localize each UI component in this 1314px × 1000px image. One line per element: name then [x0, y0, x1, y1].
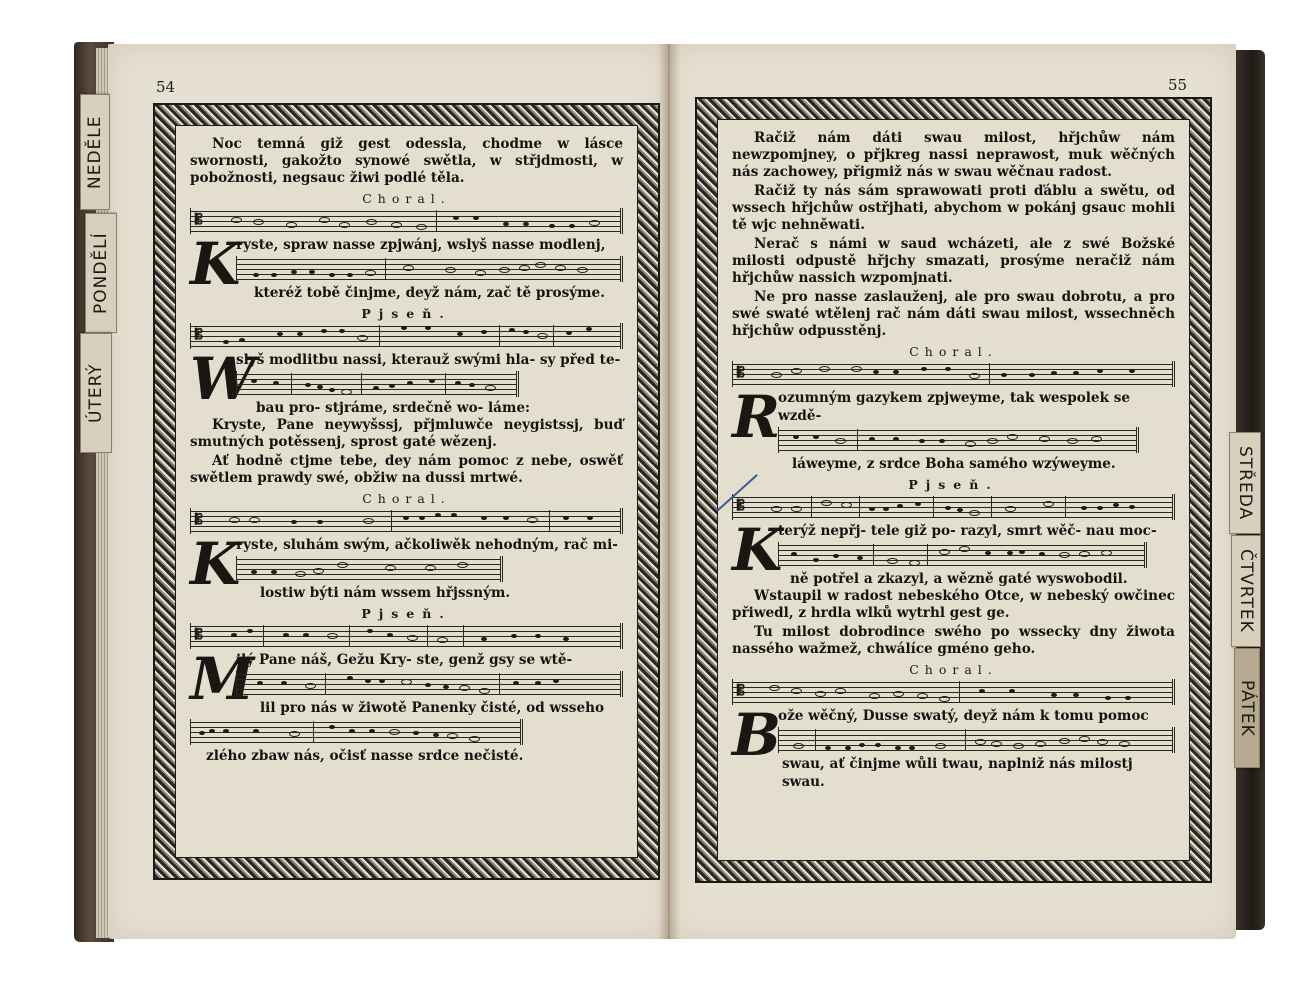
note-icon	[1043, 501, 1054, 507]
note-icon	[957, 508, 963, 512]
music-staff	[778, 542, 1147, 568]
song-verse: K terýž nepřj- tele giž po- razyl, smrt …	[732, 522, 1175, 588]
lyric-line: kteréž tobě činjme, deyž nám, zač tě pro…	[236, 284, 623, 302]
note-icon	[277, 332, 283, 336]
open-book: 54 55 Noc temná giž gest odessla, chodme…	[0, 0, 1314, 1000]
note-icon	[975, 739, 986, 745]
note-icon	[347, 676, 353, 680]
bar-line	[436, 210, 437, 232]
note-icon	[1125, 696, 1131, 700]
note-icon	[367, 629, 373, 633]
note-icon	[857, 556, 863, 560]
note-icon	[1129, 505, 1135, 509]
note-icon	[329, 388, 335, 392]
bar-line	[959, 681, 960, 703]
music-staff: 𝄡	[190, 323, 623, 349]
music-staff	[190, 719, 523, 745]
bar-line	[391, 510, 392, 532]
note-icon	[479, 688, 490, 694]
note-icon	[895, 746, 901, 750]
page-number-right: 55	[1168, 76, 1187, 94]
bar-line	[965, 729, 966, 751]
c-clef-icon: 𝄡	[195, 627, 203, 643]
note-icon	[919, 439, 925, 443]
note-icon	[813, 435, 819, 439]
index-tab-pondeli[interactable]: PONDĚLÍ	[85, 213, 117, 333]
bar-line	[927, 544, 928, 566]
note-icon	[1097, 369, 1103, 373]
note-icon	[587, 516, 593, 520]
note-icon	[305, 383, 311, 387]
bar-line	[349, 625, 350, 647]
note-icon	[451, 513, 457, 517]
note-icon	[1009, 689, 1015, 693]
note-icon	[535, 634, 541, 638]
note-icon	[253, 219, 264, 225]
lyric-line: zlého zbaw nás, očisť nasse srdce nečist…	[190, 747, 623, 765]
note-icon	[363, 518, 374, 524]
music-staff: 𝄡	[732, 361, 1175, 387]
note-icon	[523, 330, 529, 334]
note-icon	[869, 693, 880, 699]
left-page-content: Noc temná giž gest odessla, chodme w lás…	[175, 125, 638, 858]
lyric-line: ně potřel a zkazyl, a wězně gaté wyswobo…	[778, 570, 1175, 588]
note-icon	[1051, 371, 1057, 375]
note-icon	[1005, 506, 1016, 512]
note-icon	[283, 633, 289, 637]
note-icon	[475, 270, 486, 276]
note-icon	[1019, 550, 1025, 554]
bar-line	[291, 373, 292, 395]
note-icon	[566, 331, 572, 335]
note-icon	[969, 373, 980, 379]
note-icon	[511, 634, 517, 638]
lyric-line: ryste, sluhám swým, ačkoliwěk nehodným, …	[236, 536, 623, 554]
note-icon	[917, 693, 928, 699]
note-icon	[341, 389, 352, 395]
note-icon	[281, 681, 287, 685]
lyric-line: ilý Pane náš, Gežu Kry- ste, genž gsy se…	[236, 651, 623, 669]
music-staff	[236, 671, 623, 697]
note-icon	[1039, 436, 1050, 442]
note-icon	[403, 265, 414, 271]
music-staff: 𝄡	[190, 508, 623, 534]
note-icon	[793, 743, 804, 749]
note-icon	[473, 216, 479, 220]
music-staff: 𝄡	[732, 679, 1175, 705]
note-icon	[851, 366, 862, 372]
note-icon	[273, 381, 279, 385]
note-icon	[433, 733, 439, 737]
note-icon	[1129, 369, 1135, 373]
note-icon	[457, 332, 463, 336]
note-icon	[469, 383, 475, 387]
note-icon	[403, 516, 409, 520]
note-icon	[1079, 736, 1090, 742]
note-icon	[407, 635, 418, 641]
lyric-line: bau pro- stjráme, srdečně wo- láme:	[236, 399, 623, 417]
note-icon	[813, 558, 819, 562]
lyric-line: lil pro nás w žiwotě Panenky čisté, od w…	[236, 699, 623, 717]
note-icon	[791, 506, 802, 512]
music-staff: 𝄡	[190, 208, 623, 234]
note-icon	[349, 729, 355, 733]
note-icon	[321, 329, 327, 333]
index-tab-utery[interactable]: ÚTERÝ	[80, 333, 112, 453]
c-clef-icon: 𝄡	[737, 365, 745, 381]
note-icon	[329, 273, 335, 277]
section-heading-choral: Choral.	[190, 191, 623, 206]
note-icon	[401, 326, 407, 330]
note-icon	[1113, 503, 1119, 507]
note-icon	[1073, 693, 1079, 697]
note-icon	[389, 729, 400, 735]
note-icon	[945, 367, 951, 371]
note-icon	[509, 328, 515, 332]
note-icon	[231, 633, 237, 637]
note-icon	[425, 565, 436, 571]
note-icon	[535, 681, 541, 685]
note-icon	[223, 340, 229, 344]
bar-line	[427, 625, 428, 647]
lyric-line: ryste, spraw nasse zpjwánj, wslyš nasse …	[236, 236, 623, 254]
note-icon	[825, 746, 831, 750]
note-icon	[317, 520, 323, 524]
note-icon	[1059, 738, 1070, 744]
note-icon	[199, 731, 205, 735]
lyric-line: ozumným gazykem zpjweyme, tak wespolek s…	[778, 389, 1175, 425]
note-icon	[519, 265, 530, 271]
note-icon	[209, 729, 215, 733]
note-icon	[1105, 696, 1111, 700]
bar-line	[857, 429, 858, 451]
note-icon	[835, 438, 846, 444]
note-icon	[793, 435, 799, 439]
verse-paragraph: Tu milost dobrodince swého po wssecky dn…	[732, 624, 1175, 658]
verse-paragraph: Ne pro nasse zaslauženj, ale pro swau do…	[732, 289, 1175, 340]
note-icon	[921, 367, 927, 371]
note-icon	[291, 520, 297, 524]
note-icon	[1007, 434, 1018, 440]
note-icon	[523, 222, 529, 226]
song-verse: B ože wěčný, Dusse swatý, deyž nám k tom…	[732, 707, 1175, 791]
note-icon	[939, 696, 950, 702]
note-icon	[909, 560, 920, 566]
note-icon	[1035, 741, 1046, 747]
note-icon	[991, 741, 1002, 747]
note-icon	[295, 571, 306, 577]
drop-cap: B	[732, 707, 774, 763]
note-icon	[347, 273, 353, 277]
section-heading-choral: Choral.	[190, 491, 623, 506]
c-clef-icon: 𝄡	[195, 512, 203, 528]
section-heading-pisen: Pjseň.	[190, 306, 623, 321]
note-icon	[437, 637, 448, 643]
note-icon	[481, 330, 487, 334]
note-icon	[387, 633, 393, 637]
c-clef-icon: 𝄡	[195, 212, 203, 228]
drop-cap: W	[190, 351, 232, 407]
note-icon	[535, 262, 546, 268]
bar-line	[325, 673, 326, 695]
song-verse: M ilý Pane náš, Gežu Kry- ste, genž gsy …	[190, 651, 623, 717]
bar-line	[263, 625, 264, 647]
note-icon	[769, 685, 780, 691]
bar-line	[379, 325, 380, 347]
drop-cap: M	[190, 651, 232, 707]
note-icon	[513, 681, 519, 685]
note-icon	[413, 731, 419, 735]
lyric-line: ože wěčný, Dusse swatý, deyž nám k tomu …	[778, 707, 1175, 725]
note-icon	[771, 506, 782, 512]
note-icon	[303, 633, 309, 637]
music-staff	[236, 371, 519, 397]
note-icon	[253, 729, 259, 733]
note-icon	[305, 683, 316, 689]
note-icon	[945, 506, 951, 510]
c-clef-icon: 𝄡	[195, 327, 203, 343]
note-icon	[791, 368, 802, 374]
note-icon	[339, 329, 345, 333]
note-icon	[239, 338, 245, 342]
note-icon	[893, 691, 904, 697]
bar-line	[859, 496, 860, 518]
note-icon	[841, 502, 852, 508]
section-heading-pisen: Pjseň.	[732, 477, 1175, 492]
note-icon	[563, 637, 569, 641]
note-icon	[833, 554, 839, 558]
note-icon	[251, 570, 257, 574]
note-icon	[821, 500, 832, 506]
note-icon	[447, 733, 458, 739]
music-staff	[778, 727, 1175, 753]
verse-paragraph: Kryste, Pane neywyšssj, přjmluwče neygis…	[190, 417, 623, 451]
note-icon	[337, 562, 348, 568]
note-icon	[845, 746, 851, 750]
note-icon	[425, 683, 431, 687]
note-icon	[527, 517, 538, 523]
note-icon	[959, 546, 970, 552]
note-icon	[1059, 552, 1070, 558]
note-icon	[549, 224, 555, 228]
note-icon	[1081, 506, 1087, 510]
note-icon	[319, 217, 330, 223]
note-icon	[366, 219, 377, 225]
note-icon	[915, 502, 921, 506]
song-verse: W slyš modlitbu nassi, kterauž swými hla…	[190, 351, 623, 417]
note-icon	[481, 637, 487, 641]
lyric-line: swau, ať činjme wůli twau, naplniž nás m…	[778, 755, 1175, 791]
song-verse: K ryste, sluhám swým, ačkoliwěk nehodným…	[190, 536, 623, 602]
note-icon	[869, 437, 875, 441]
music-staff	[236, 556, 503, 582]
note-icon	[435, 513, 441, 517]
note-icon	[1029, 373, 1035, 377]
lyric-line: láweyme, z srdce Boha samého wzýweyme.	[778, 455, 1175, 473]
verse-paragraph: Noc temná giž gest odessla, chodme w lás…	[190, 136, 623, 187]
note-icon	[457, 562, 468, 568]
bar-line	[991, 496, 992, 518]
drop-cap: K	[732, 522, 774, 578]
note-icon	[481, 516, 487, 520]
note-icon	[271, 273, 277, 277]
index-tab-streda[interactable]: STŘEDA	[1229, 432, 1261, 534]
note-icon	[589, 220, 600, 226]
note-icon	[369, 729, 375, 733]
section-heading-choral: Choral.	[732, 344, 1175, 359]
note-icon	[379, 679, 385, 683]
note-icon	[357, 335, 368, 341]
book-gutter	[658, 44, 680, 939]
note-icon	[1097, 506, 1103, 510]
note-icon	[425, 326, 431, 330]
note-icon	[391, 222, 402, 228]
bar-line	[989, 363, 990, 385]
note-icon	[419, 516, 425, 520]
note-icon	[537, 333, 548, 339]
note-icon	[503, 222, 509, 226]
note-icon	[875, 743, 881, 747]
note-icon	[223, 729, 229, 733]
note-icon	[485, 385, 496, 391]
note-icon	[1067, 438, 1078, 444]
note-icon	[835, 688, 846, 694]
note-icon	[365, 679, 371, 683]
note-icon	[445, 267, 456, 273]
note-icon	[429, 379, 435, 383]
verse-paragraph: Ať hodně ctjme tebe, dey nám pomoc z neb…	[190, 453, 623, 487]
note-icon	[939, 439, 945, 443]
note-icon	[553, 679, 559, 683]
bar-line	[445, 373, 446, 395]
index-tab-patek[interactable]: PÁTEK	[1234, 648, 1260, 768]
note-icon	[965, 441, 976, 447]
music-staff: 𝄡	[190, 623, 623, 649]
note-icon	[499, 267, 510, 273]
note-icon	[791, 688, 802, 694]
ornamental-border-left: Noc temná giž gest odessla, chodme w lás…	[153, 103, 660, 880]
note-icon	[339, 222, 350, 228]
note-icon	[503, 516, 509, 520]
song-verse: R ozumným gazykem zpjweyme, tak wespolek…	[732, 389, 1175, 473]
note-icon	[909, 746, 915, 750]
drop-cap: K	[190, 236, 232, 292]
note-icon	[317, 385, 323, 389]
bar-line	[811, 496, 812, 518]
note-icon	[987, 438, 998, 444]
note-icon	[365, 270, 376, 276]
lyric-line: terýž nepřj- tele giž po- razyl, smrt wě…	[778, 522, 1175, 540]
note-icon	[985, 551, 991, 555]
note-icon	[1051, 693, 1057, 697]
note-icon	[385, 565, 396, 571]
note-icon	[253, 273, 259, 277]
bar-line	[499, 673, 500, 695]
note-icon	[939, 549, 950, 555]
note-icon	[247, 629, 253, 633]
note-icon	[1007, 551, 1013, 555]
song-verse: K ryste, spraw nasse zpjwánj, wslyš nass…	[190, 236, 623, 302]
bar-line	[933, 496, 934, 518]
note-icon	[883, 507, 889, 511]
note-icon	[771, 372, 782, 378]
note-icon	[297, 332, 303, 336]
verse-paragraph: Nerač s námi w saud wcházeti, ale z swé …	[732, 236, 1175, 287]
note-icon	[1079, 551, 1090, 557]
bar-line	[1065, 496, 1066, 518]
index-tab-ctvrtek[interactable]: ČTVRTEK	[1231, 535, 1261, 647]
bar-line	[549, 510, 550, 532]
ornamental-border-right: Račiž nám dáti swau milost, hřjchůw nám …	[695, 97, 1212, 883]
note-icon	[869, 507, 875, 511]
note-icon	[309, 270, 315, 274]
section-heading-pisen: Pjseň.	[190, 606, 623, 621]
drop-cap: R	[732, 389, 774, 445]
bar-line	[463, 625, 464, 647]
note-icon	[271, 570, 277, 574]
bar-line	[499, 325, 500, 347]
note-icon	[231, 217, 242, 223]
note-icon	[286, 222, 297, 228]
note-icon	[563, 516, 569, 520]
note-icon	[555, 265, 566, 271]
note-icon	[979, 689, 985, 693]
note-icon	[815, 691, 826, 697]
note-icon	[249, 517, 260, 523]
note-icon	[251, 379, 257, 383]
bar-line	[313, 721, 314, 743]
note-icon	[1101, 550, 1112, 556]
note-icon	[469, 736, 480, 742]
note-icon	[969, 510, 980, 516]
note-icon	[401, 679, 412, 685]
c-clef-icon: 𝄡	[737, 498, 745, 514]
index-tab-nedele[interactable]: NEDĚLE	[80, 94, 110, 210]
note-icon	[289, 731, 300, 737]
bar-line	[873, 544, 874, 566]
note-icon	[1039, 552, 1045, 556]
note-icon	[257, 681, 263, 685]
note-icon	[455, 381, 461, 385]
note-icon	[453, 216, 459, 220]
note-icon	[897, 504, 903, 508]
note-icon	[893, 437, 899, 441]
note-icon	[1091, 436, 1102, 442]
note-icon	[873, 370, 879, 374]
bar-line	[815, 729, 816, 751]
note-icon	[1001, 373, 1007, 377]
verse-paragraph: Račiž ty nás sám sprawowati proti ďáblu …	[732, 183, 1175, 234]
note-icon	[443, 685, 449, 689]
lyric-line: lostiw býti nám wssem hřjssným.	[236, 584, 623, 602]
note-icon	[586, 327, 592, 331]
music-staff	[236, 256, 623, 282]
drop-cap: K	[190, 536, 232, 592]
note-icon	[1119, 741, 1130, 747]
note-icon	[373, 386, 379, 390]
note-icon	[935, 743, 946, 749]
page-number-left: 54	[156, 78, 175, 96]
note-icon	[416, 224, 427, 230]
bar-line	[553, 325, 554, 347]
note-icon	[389, 384, 395, 388]
note-icon	[459, 685, 470, 691]
note-icon	[893, 370, 899, 374]
bar-line	[361, 373, 362, 395]
bar-line	[385, 258, 386, 280]
c-clef-icon: 𝄡	[737, 683, 745, 699]
verse-paragraph: Račiž nám dáti swau milost, hřjchůw nám …	[732, 130, 1175, 181]
